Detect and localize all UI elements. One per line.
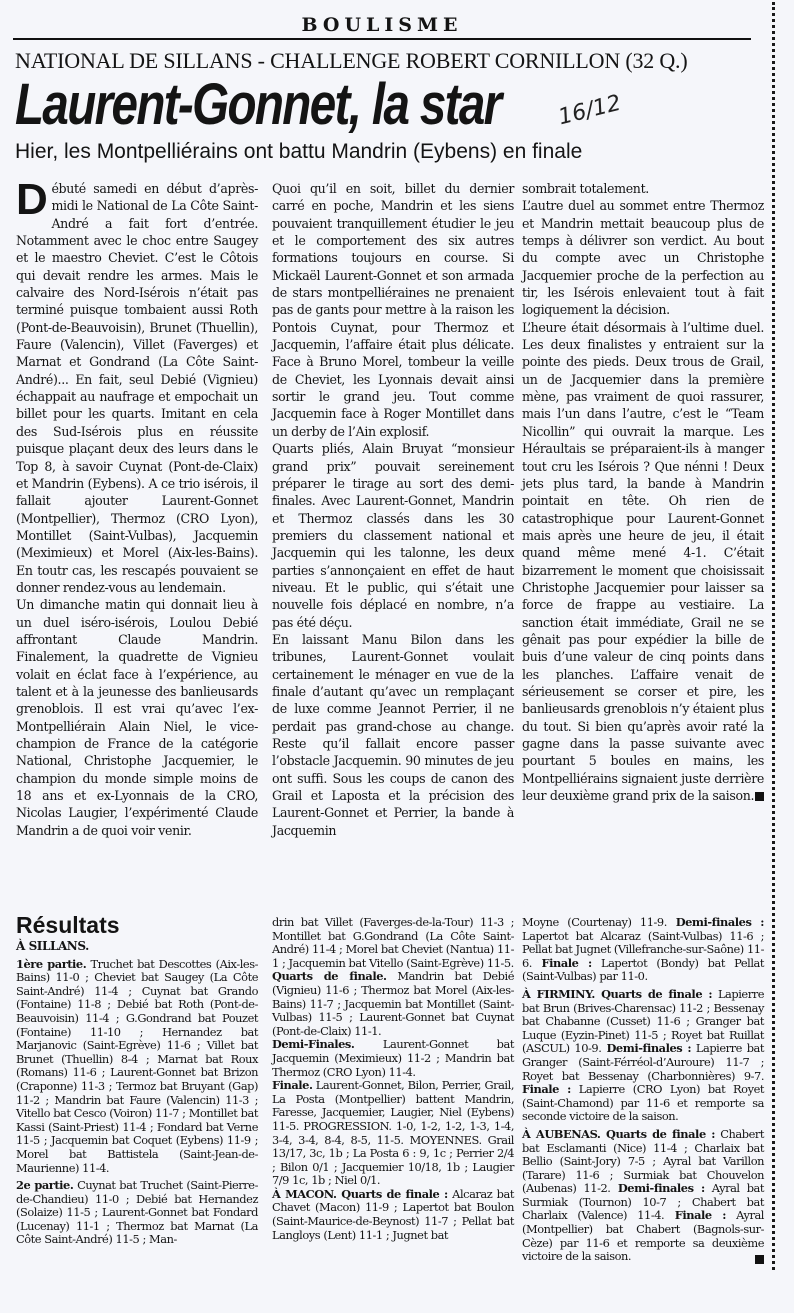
article-column-3: sombrait totalement. L’autre duel au som… xyxy=(522,180,764,804)
end-of-article-mark xyxy=(755,792,764,801)
results-entry: 2e partie. Cuynat bat Truchet (Saint-Pie… xyxy=(16,1179,258,1247)
article-paragraph: En laissant Manu Bilon dans les tribunes… xyxy=(272,631,514,839)
article-paragraph: Quarts pliés, Alain Bruyat “monsieur gra… xyxy=(272,440,514,631)
article-paragraph: Un dimanche matin qui donnait lieu à un … xyxy=(16,596,258,839)
subheadline: Hier, les Montpelliérains ont battu Mand… xyxy=(15,140,582,164)
section-rubric: BOULISME xyxy=(13,14,751,36)
article-paragraph: L’heure était désormais à l’ultime duel.… xyxy=(522,319,764,805)
results-entry: Finale. Laurent-Gonnet, Bilon, Perrier, … xyxy=(272,1079,514,1188)
results-place-sillans: À SILLANS. xyxy=(16,940,258,954)
article-paragraph: L’autre duel au sommet entre Thermoz et … xyxy=(522,197,764,318)
article-column-2: Quoi qu’il en soit, billet du dernier ca… xyxy=(272,180,514,839)
results-title: Résultats xyxy=(16,912,120,939)
rubric-divider xyxy=(13,38,751,40)
article-column-1: Débuté samedi en début d’après-midi le N… xyxy=(16,180,258,839)
dotted-cut-line xyxy=(772,2,775,1270)
results-column-3: Moyne (Courtenay) 11-9. Demi-finales : L… xyxy=(522,916,764,1268)
article-paragraph: Quoi qu’il en soit, billet du dernier ca… xyxy=(272,180,514,440)
results-entry: Demi-Finales. Laurent-Gonnet bat Jacquem… xyxy=(272,1038,514,1079)
article-paragraph: Débuté samedi en début d’après-midi le N… xyxy=(16,180,258,596)
results-entry-macon: À MACON. Quarts de finale : Alcaraz bat … xyxy=(272,1188,514,1242)
dropcap: D xyxy=(16,183,47,217)
results-column-1: À SILLANS. 1ère partie. Truchet bat Desc… xyxy=(16,940,258,1251)
results-entry-macon-cont: Moyne (Courtenay) 11-9. Demi-finales : L… xyxy=(522,916,764,984)
article-paragraph: sombrait totalement. xyxy=(522,180,764,197)
headline: Laurent-Gonnet, la star xyxy=(15,70,501,140)
results-entry: Quarts de finale. Mandrin bat Debié (Vig… xyxy=(272,970,514,1038)
newspaper-clipping: BOULISME NATIONAL DE SILLANS - CHALLENGE… xyxy=(13,0,751,1313)
handwritten-date-note: 16/12 xyxy=(556,91,624,131)
results-entry-firminy: À FIRMINY. Quarts de finale : Lapierre b… xyxy=(522,988,764,1124)
results-entry: 1ère partie. Truchet bat Descottes (Aix-… xyxy=(16,958,258,1176)
results-entry: drin bat Villet (Faverges-de-la-Tour) 11… xyxy=(272,916,514,970)
results-entry-aubenas: À AUBENAS. Quarts de finale : Chabert ba… xyxy=(522,1128,764,1264)
results-column-2: drin bat Villet (Faverges-de-la-Tour) 11… xyxy=(272,916,514,1246)
end-of-results-mark xyxy=(755,1255,764,1264)
